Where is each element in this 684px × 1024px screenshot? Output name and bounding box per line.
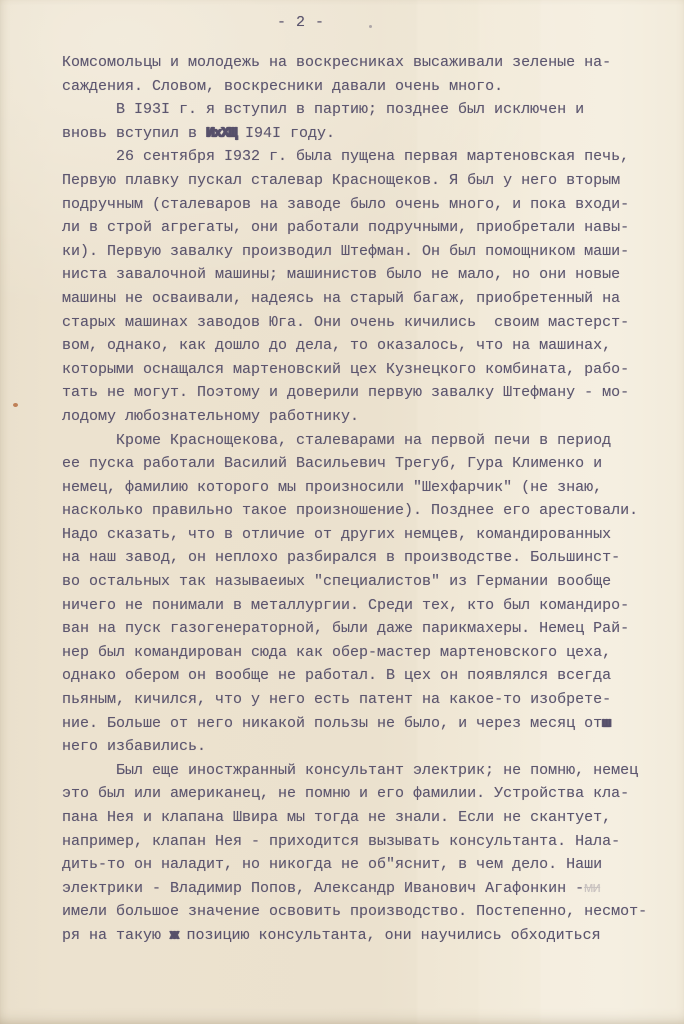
line-segment: ря на такую xyxy=(62,927,170,944)
text-line: ки). Первую завалку производил Штефман. … xyxy=(62,240,654,264)
text-line: тать не могут. Поэтому и доверили первую… xyxy=(62,381,654,405)
text-line: него избавились. xyxy=(62,735,654,759)
typewritten-text-block: Комсомольцы и молодежь на воскресниках в… xyxy=(62,51,654,948)
text-line: ее пуска работали Василий Васильевич Тре… xyxy=(62,452,654,476)
text-line: ничего не понимали в металлургии. Среди … xyxy=(62,594,654,618)
page-number: - 2 - xyxy=(277,13,325,33)
text-line: ниста завалочной машины; машинистов было… xyxy=(62,263,654,287)
text-line: вом, однако, как дошло до дела, то оказа… xyxy=(62,334,654,358)
text-line: ря на такую ж позицию консультанта, они … xyxy=(62,924,654,948)
text-line: Кроме Краснощекова, сталеварами на перво… xyxy=(62,429,654,453)
text-line: ние. Больше от него никакой пользы не бы… xyxy=(62,712,654,736)
text-line: машины не осваивали, надеясь на старый б… xyxy=(62,287,654,311)
text-line: однако обером он вообще не работал. В це… xyxy=(62,664,654,688)
text-line: пана Нея и клапана Швира мы тогда не зна… xyxy=(62,806,654,830)
text-line: 26 сентября I932 г. была пущена первая м… xyxy=(62,145,654,169)
text-line: имели большое значение освовить производ… xyxy=(62,900,654,924)
text-line: Комсомольцы и молодежь на воскресниках в… xyxy=(62,51,654,75)
scanned-page: - 2 - Комсомольцы и молодежь на воскресн… xyxy=(0,0,684,1024)
overstruck-text: ж xyxy=(170,927,178,944)
text-line: это был или американец, не помню и его ф… xyxy=(62,782,654,806)
line-segment: вновь вступил в xyxy=(62,125,206,142)
overstruck-text: ш xyxy=(602,715,610,732)
text-line: немец, фамилию которого мы произносили "… xyxy=(62,476,654,500)
text-line: подручным (сталеваров на заводе было оче… xyxy=(62,193,654,217)
line-segment: электрики - Владимир Попов, Александр Ив… xyxy=(62,880,584,897)
text-line: Первую плавку пускал сталевар Краснощеко… xyxy=(62,169,654,193)
overstruck-text: ИхХЩ xyxy=(206,125,236,142)
text-line: лодому любознательному работнику. xyxy=(62,405,654,429)
text-line: например, клапан Нея - приходится вызыва… xyxy=(62,830,654,854)
text-line: саждения. Словом, воскресники давали оче… xyxy=(62,75,654,99)
text-line: пьяным, кичился, что у него есть патент … xyxy=(62,688,654,712)
text-line: ли в строй агрегаты, они работали подруч… xyxy=(62,216,654,240)
text-line: которыми оснащался мартеновский цех Кузн… xyxy=(62,358,654,382)
text-line: насколько правильно такое произношение).… xyxy=(62,499,654,523)
erased-text: ми xyxy=(584,880,600,897)
text-line: ван на пуск газогенераторной, были даже … xyxy=(62,617,654,641)
line-segment: I94I году. xyxy=(236,125,335,142)
text-line: электрики - Владимир Попов, Александр Ив… xyxy=(62,877,654,901)
text-line: старых машинах заводов Юга. Они очень ки… xyxy=(62,311,654,335)
text-line: Надо сказать, что в отличие от других не… xyxy=(62,523,654,547)
text-line: вновь вступил в ИхХЩ I94I году. xyxy=(62,122,654,146)
ink-dot-artifact xyxy=(369,25,372,28)
text-line: на наш завод, он неплохо разбирался в пр… xyxy=(62,546,654,570)
line-segment: ние. Больше от него никакой пользы не бы… xyxy=(62,715,602,732)
text-line: Был еще иностжранный консультант электри… xyxy=(62,759,654,783)
text-line: нер был командирован сюда как обер-масте… xyxy=(62,641,654,665)
text-line: во остальных так называеиых "специалисто… xyxy=(62,570,654,594)
text-line: дить-то он наладит, но никогда не об"ясн… xyxy=(62,853,654,877)
text-line: В I93I г. я вступил в партию; позднее бы… xyxy=(62,98,654,122)
line-segment: позицию консультанта, они научились обхо… xyxy=(178,927,601,944)
stain-speck xyxy=(13,403,18,407)
